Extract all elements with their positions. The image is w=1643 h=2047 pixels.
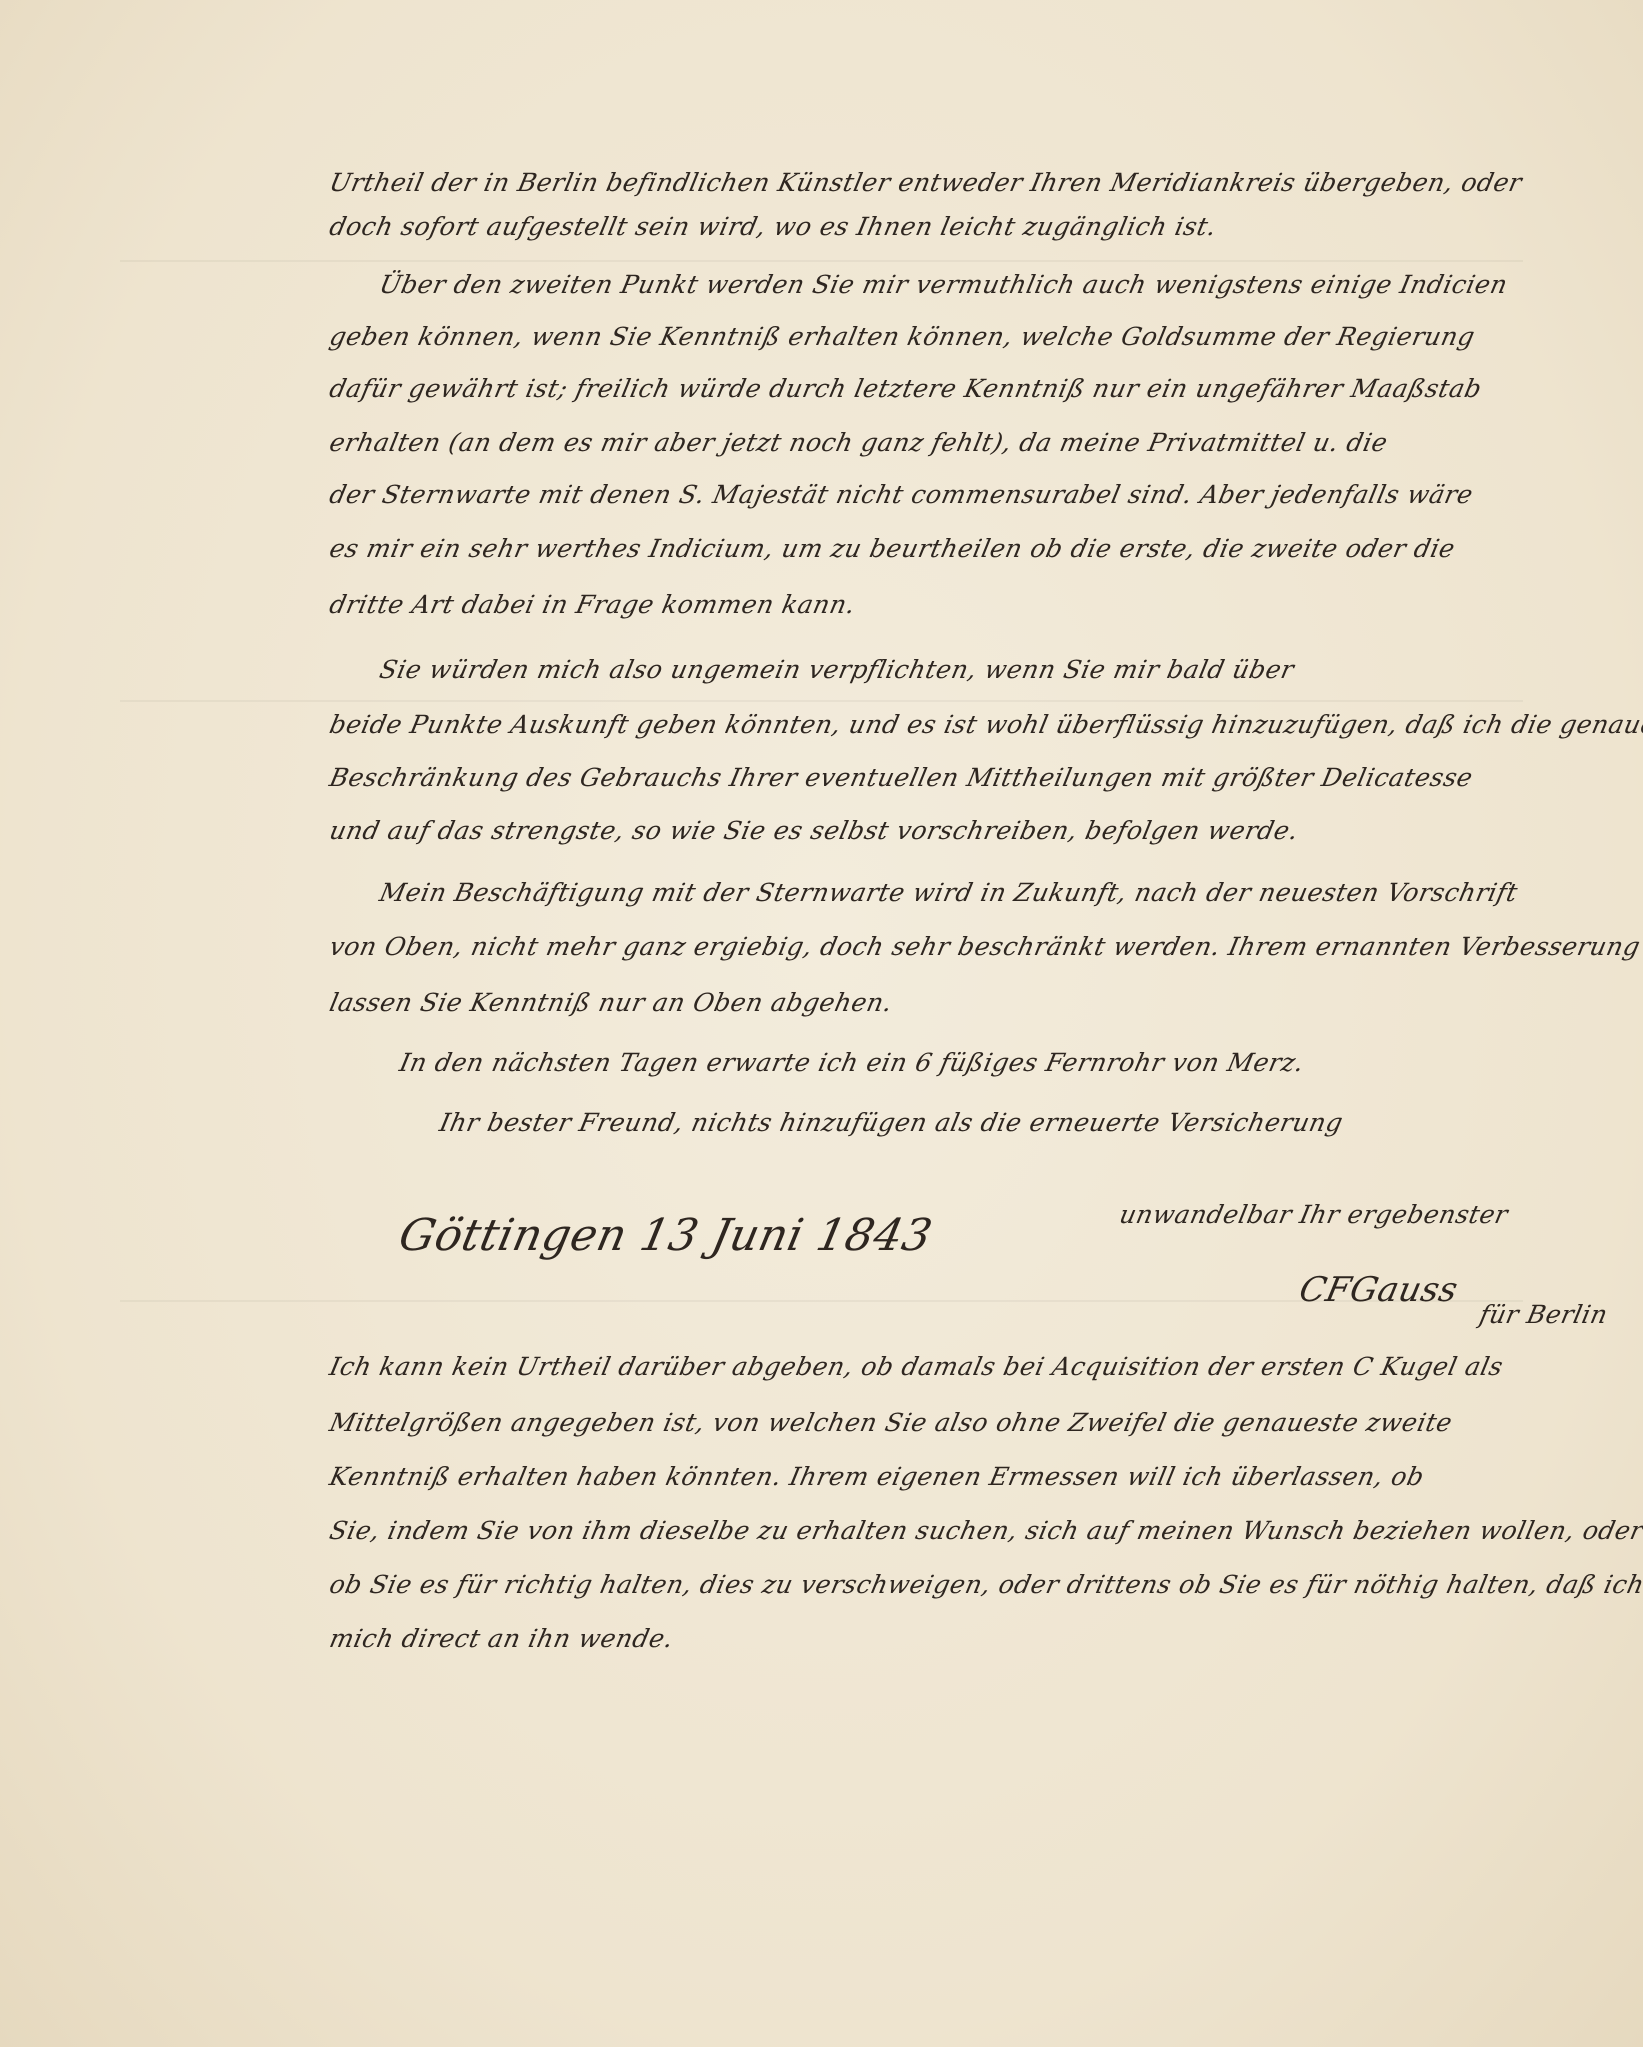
- signature: CFGauss: [1296, 1270, 1462, 1310]
- text-line: dafür gewährt ist; freilich würde durch …: [327, 374, 1485, 403]
- text-line: und auf das strengste, so wie Sie es sel…: [327, 816, 1301, 845]
- text-line: dritte Art dabei in Frage kommen kann.: [327, 590, 858, 619]
- text-line: doch sofort aufgestellt sein wird, wo es…: [327, 212, 1219, 241]
- text-line: Mittelgrößen angegeben ist, von welchen …: [327, 1408, 1455, 1437]
- text-line: Mein Beschäftigung mit der Sternwarte wi…: [377, 878, 1521, 907]
- place-date: Göttingen 13 Juni 1843: [395, 1210, 937, 1261]
- text-line: mich direct an ihn wende.: [327, 1624, 676, 1653]
- text-line: Kenntniß erhalten haben könnten. Ihrem e…: [327, 1462, 1427, 1491]
- text-line: Über den zweiten Punkt werden Sie mir ve…: [377, 270, 1510, 299]
- text-line: der Sternwarte mit denen S. Majestät nic…: [327, 480, 1476, 509]
- text-line: Sie würden mich also ungemein verpflicht…: [377, 655, 1297, 684]
- text-line: Ich kann kein Urtheil darüber abgeben, o…: [327, 1352, 1506, 1381]
- closing: unwandelbar Ihr ergebenster: [1117, 1200, 1511, 1229]
- text-line: beide Punkte Auskunft geben könnten, und…: [327, 710, 1643, 739]
- text-line: erhalten (an dem es mir aber jetzt noch …: [327, 428, 1391, 457]
- text-line: es mir ein sehr werthes Indicium, um zu …: [327, 534, 1458, 563]
- manuscript-page: Urtheil der in Berlin befindlichen Künst…: [0, 0, 1643, 2047]
- bleed-through: [120, 260, 1523, 262]
- text-line: lassen Sie Kenntniß nur an Oben abgehen.: [327, 988, 895, 1017]
- addressee-note: für Berlin: [1477, 1300, 1611, 1329]
- text-line: Sie, indem Sie von ihm dieselbe zu erhal…: [327, 1516, 1643, 1545]
- bleed-through: [120, 700, 1523, 702]
- text-line: geben können, wenn Sie Kenntniß erhalten…: [327, 322, 1478, 351]
- text-line: Beschränkung des Gebrauchs Ihrer eventue…: [327, 763, 1476, 792]
- text-line: Urtheil der in Berlin befindlichen Künst…: [327, 168, 1525, 197]
- text-line: ob Sie es für richtig halten, dies zu ve…: [327, 1570, 1643, 1599]
- text-line: Ihr bester Freund, nichts hinzufügen als…: [437, 1108, 1346, 1137]
- text-line: In den nächsten Tagen erwarte ich ein 6 …: [397, 1048, 1307, 1077]
- text-line: von Oben, nicht mehr ganz ergiebig, doch…: [327, 932, 1643, 961]
